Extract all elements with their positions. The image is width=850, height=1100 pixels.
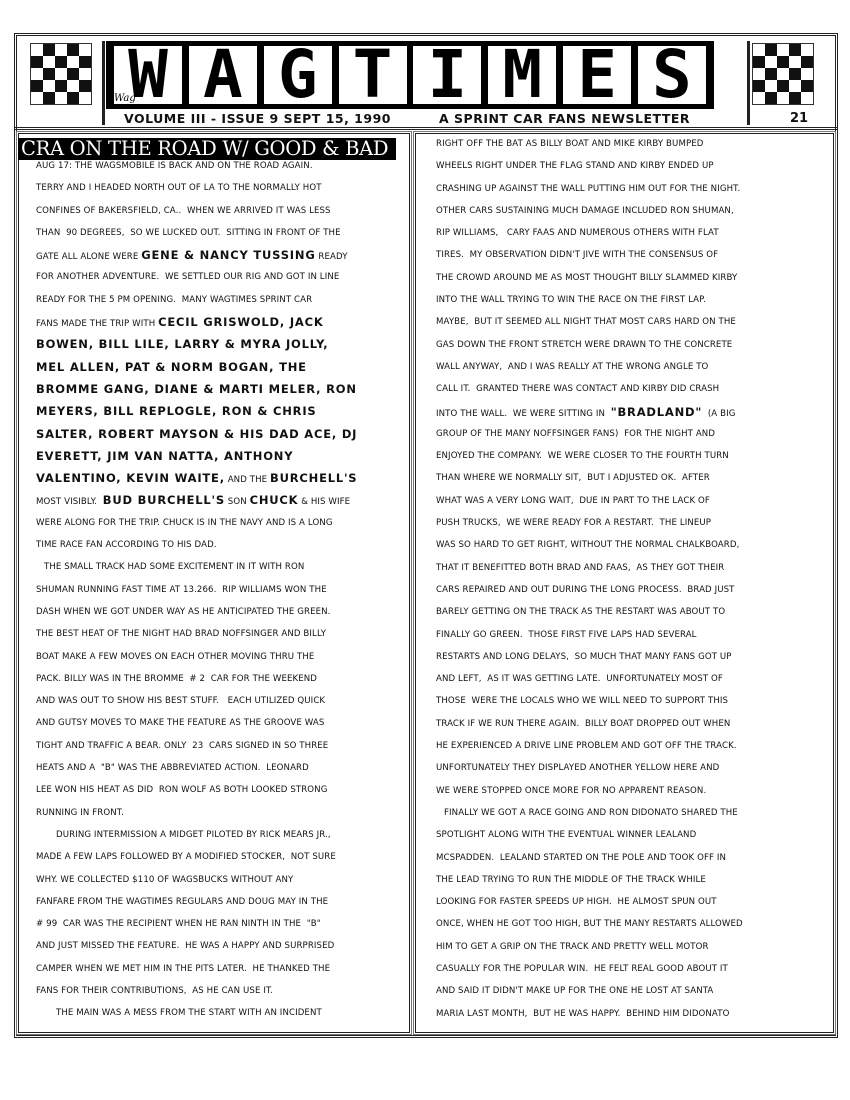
text-run: READY	[316, 252, 348, 262]
text-run: AUG 17: THE WAGSMOBILE IS BACK AND ON TH…	[36, 161, 313, 171]
text-run: MARIA LAST MONTH, BUT HE WAS HAPPY. BEHI…	[436, 1009, 729, 1019]
text-run: CAMPER WHEN WE MET HIM IN THE PITS LATER…	[36, 964, 330, 974]
bold-name: MEYERS, BILL REPLOGLE, RON & CHRIS	[36, 404, 317, 418]
text-line: INTO THE WALL. WE WERE SITTING IN "BRADL…	[436, 401, 743, 423]
signature: Wag	[114, 93, 136, 104]
text-run: READY FOR THE 5 PM OPENING. MANY WAGTIME…	[36, 295, 312, 305]
text-run: FANS MADE THE TRIP WITH	[36, 319, 158, 329]
text-run: INTO THE WALL. WE WERE SITTING IN	[436, 409, 611, 419]
bold-name: EVERETT, JIM VAN NATTA, ANTHONY	[36, 449, 293, 463]
text-line: TRACK IF WE RUN THERE AGAIN. BILLY BOAT …	[436, 713, 743, 735]
text-run: PUSH TRUCKS, WE WERE READY FOR A RESTART…	[436, 518, 711, 528]
text-run: GROUP OF THE MANY NOFFSINGER FANS) FOR T…	[436, 429, 715, 439]
text-run: RIGHT OFF THE BAT AS BILLY BOAT AND MIKE…	[436, 139, 704, 149]
text-run: CASUALLY FOR THE POPULAR WIN. HE FELT RE…	[436, 964, 728, 974]
checkered-flag-icon	[30, 43, 92, 105]
text-line: MARIA LAST MONTH, BUT HE WAS HAPPY. BEHI…	[436, 1003, 743, 1025]
text-line: ONCE, WHEN HE GOT TOO HIGH, BUT THE MANY…	[436, 913, 743, 935]
text-run: AND THE	[225, 475, 270, 485]
text-line: CASUALLY FOR THE POPULAR WIN. HE FELT RE…	[436, 958, 743, 980]
bold-name: BUD BURCHELL'S	[103, 493, 225, 507]
text-line: BOWEN, BILL LILE, LARRY & MYRA JOLLY,	[36, 333, 357, 355]
text-run: McSPADDEN. LEALAND STARTED ON THE POLE A…	[436, 853, 726, 863]
text-line: THE MAIN WAS A MESS FROM THE START WITH …	[36, 1002, 357, 1024]
title-letter: S	[638, 46, 706, 104]
text-run: DURING INTERMISSION A MIDGET PILOTED BY …	[56, 830, 331, 840]
text-line: BARELY GETTING ON THE TRACK AS THE RESTA…	[436, 601, 743, 623]
text-line: AND GUTSY MOVES TO MAKE THE FEATURE AS T…	[36, 712, 357, 734]
text-line: PACK. BILLY WAS IN THE BROMME # 2 CAR FO…	[36, 668, 357, 690]
text-line: PUSH TRUCKS, WE WERE READY FOR A RESTART…	[436, 512, 743, 534]
text-run: MAYBE, BUT IT SEEMED ALL NIGHT THAT MOST…	[436, 317, 736, 327]
text-line: TIME RACE FAN ACCORDING TO HIS DAD.	[36, 534, 357, 556]
text-line: RUNNING IN FRONT.	[36, 802, 357, 824]
text-run: TIME RACE FAN ACCORDING TO HIS DAD.	[36, 540, 217, 550]
checkered-flag-icon	[752, 43, 814, 105]
text-run: SPOTLIGHT ALONG WITH THE EVENTUAL WINNER…	[436, 830, 696, 840]
text-run: THAN 90 DEGREES, SO WE LUCKED OUT. SITTI…	[36, 228, 341, 238]
bold-name: GENE & NANCY TUSSING	[141, 248, 315, 262]
text-line: WHEELS RIGHT UNDER THE FLAG STAND AND KI…	[436, 155, 743, 177]
text-line: CALL IT. GRANTED THERE WAS CONTACT AND K…	[436, 378, 743, 400]
text-run: WALL ANYWAY, AND I WAS REALLY AT THE WRO…	[436, 362, 708, 372]
bold-name: BROMME GANG, DIANE & MARTI MELER, RON	[36, 382, 357, 396]
text-run: UNFORTUNATELY THEY DISPLAYED ANOTHER YEL…	[436, 763, 719, 773]
text-line: McSPADDEN. LEALAND STARTED ON THE POLE A…	[436, 847, 743, 869]
text-line: RIGHT OFF THE BAT AS BILLY BOAT AND MIKE…	[436, 133, 743, 155]
text-run: FINALLY GO GREEN. THOSE FIRST FIVE LAPS …	[436, 630, 697, 640]
text-line: VALENTINO, KEVIN WAITE, AND THE BURCHELL…	[36, 467, 357, 489]
text-line: WAS SO HARD TO GET RIGHT, WITHOUT THE NO…	[436, 534, 743, 556]
text-line: AND LEFT, AS IT WAS GETTING LATE. UNFORT…	[436, 668, 743, 690]
text-line: WHY. WE COLLECTED $110 OF WAGSBUCKS WITH…	[36, 869, 357, 891]
title-letter: E	[563, 46, 631, 104]
text-line: DASH WHEN WE GOT UNDER WAY AS HE ANTICIP…	[36, 601, 357, 623]
bold-name: MEL ALLEN, PAT & NORM BOGAN, THE	[36, 360, 307, 374]
text-run: TIGHT AND TRAFFIC A BEAR. ONLY 23 CARS S…	[36, 741, 328, 751]
text-line: WHAT WAS A VERY LONG WAIT, DUE IN PART T…	[436, 490, 743, 512]
text-line: CRASHING UP AGAINST THE WALL PUTTING HIM…	[436, 178, 743, 200]
flag-pole	[747, 41, 750, 125]
text-line: TIRES. MY OBSERVATION DIDN'T JIVE WITH T…	[436, 244, 743, 266]
text-run: THE LEAD TRYING TO RUN THE MIDDLE OF THE…	[436, 875, 706, 885]
text-run: HE EXPERIENCED A DRIVE LINE PROBLEM AND …	[436, 741, 737, 751]
text-line: AND SAID IT DIDN'T MAKE UP FOR THE ONE H…	[436, 980, 743, 1002]
text-line: FINALLY GO GREEN. THOSE FIRST FIVE LAPS …	[436, 624, 743, 646]
title-letter: I	[413, 46, 481, 104]
text-run: AND GUTSY MOVES TO MAKE THE FEATURE AS T…	[36, 718, 324, 728]
text-line: THAN 90 DEGREES, SO WE LUCKED OUT. SITTI…	[36, 222, 357, 244]
text-run: RUNNING IN FRONT.	[36, 808, 124, 818]
text-run: BARELY GETTING ON THE TRACK AS THE RESTA…	[436, 607, 725, 617]
text-line: FANS MADE THE TRIP WITH CECIL GRISWOLD, …	[36, 311, 357, 333]
text-run: ENJOYED THE COMPANY. WE WERE CLOSER TO T…	[436, 451, 729, 461]
text-run: RIP WILLIAMS, CARY FAAS AND NUMEROUS OTH…	[436, 228, 719, 238]
page-number: 21	[790, 111, 808, 126]
text-run: TERRY AND I HEADED NORTH OUT OF LA TO TH…	[36, 183, 322, 193]
text-run: MADE A FEW LAPS FOLLOWED BY A MODIFIED S…	[36, 852, 336, 862]
text-line: GAS DOWN THE FRONT STRETCH WERE DRAWN TO…	[436, 334, 743, 356]
text-run: SON	[225, 497, 250, 507]
text-run: MOST VISIBLY.	[36, 497, 103, 507]
text-run: CALL IT. GRANTED THERE WAS CONTACT AND K…	[436, 384, 719, 394]
text-line: THAT IT BENEFITTED BOTH BRAD AND FAAS, A…	[436, 557, 743, 579]
text-run: TIRES. MY OBSERVATION DIDN'T JIVE WITH T…	[436, 250, 718, 260]
text-line: WALL ANYWAY, AND I WAS REALLY AT THE WRO…	[436, 356, 743, 378]
text-run: AND JUST MISSED THE FEATURE. HE WAS A HA…	[36, 941, 334, 951]
text-line: FANS FOR THEIR CONTRIBUTIONS, AS HE CAN …	[36, 980, 357, 1002]
text-line: DURING INTERMISSION A MIDGET PILOTED BY …	[36, 824, 357, 846]
masthead: WAGTIMES Wag VOLUME III - ISSUE 9 SEPT 1…	[14, 33, 838, 128]
text-run: LEE WON HIS HEAT AS DID RON WOLF AS BOTH…	[36, 785, 327, 795]
text-line: RESTARTS AND LONG DELAYS, SO MUCH THAT M…	[436, 646, 743, 668]
text-line: GROUP OF THE MANY NOFFSINGER FANS) FOR T…	[436, 423, 743, 445]
text-line: BROMME GANG, DIANE & MARTI MELER, RON	[36, 378, 357, 400]
text-run: ONCE, WHEN HE GOT TOO HIGH, BUT THE MANY…	[436, 919, 743, 929]
title-letter: M	[488, 46, 556, 104]
text-run: THE CROWD AROUND ME AS MOST THOUGHT BILL…	[436, 273, 737, 283]
text-line: UNFORTUNATELY THEY DISPLAYED ANOTHER YEL…	[436, 757, 743, 779]
bold-name: CECIL GRISWOLD, JACK	[158, 315, 323, 329]
text-line: AND JUST MISSED THE FEATURE. HE WAS A HA…	[36, 935, 357, 957]
text-run: WAS SO HARD TO GET RIGHT, WITHOUT THE NO…	[436, 540, 739, 550]
text-run: (A BIG	[702, 409, 735, 419]
text-run: AND SAID IT DIDN'T MAKE UP FOR THE ONE H…	[436, 986, 713, 996]
title-letter: A	[189, 46, 257, 104]
tagline: A SPRINT CAR FANS NEWSLETTER	[439, 111, 690, 126]
bold-name: VALENTINO, KEVIN WAITE,	[36, 471, 225, 485]
text-run: THAN WHERE WE NORMALLY SIT, BUT I ADJUST…	[436, 473, 710, 483]
text-run: WHY. WE COLLECTED $110 OF WAGSBUCKS WITH…	[36, 875, 293, 885]
volume-issue-date: VOLUME III - ISSUE 9 SEPT 15, 1990	[124, 111, 391, 126]
title-letter: G	[264, 46, 332, 104]
text-line: INTO THE WALL TRYING TO WIN THE RACE ON …	[436, 289, 743, 311]
text-run: FANFARE FROM THE WAGTIMES REGULARS AND D…	[36, 897, 328, 907]
text-run: CRASHING UP AGAINST THE WALL PUTTING HIM…	[436, 184, 740, 194]
title-letter: T	[339, 46, 407, 104]
text-run: CONFINES OF BAKERSFIELD, CA.. WHEN WE AR…	[36, 206, 331, 216]
text-line: MADE A FEW LAPS FOLLOWED BY A MODIFIED S…	[36, 846, 357, 868]
text-run: SHUMAN RUNNING FAST TIME AT 13.266. RIP …	[36, 585, 327, 595]
text-run: WHAT WAS A VERY LONG WAIT, DUE IN PART T…	[436, 496, 710, 506]
text-run: BOAT MAKE A FEW MOVES ON EACH OTHER MOVI…	[36, 652, 314, 662]
text-line: LOOKING FOR FASTER SPEEDS UP HIGH. HE AL…	[436, 891, 743, 913]
text-line: MAYBE, BUT IT SEEMED ALL NIGHT THAT MOST…	[436, 311, 743, 333]
text-line: LEE WON HIS HEAT AS DID RON WOLF AS BOTH…	[36, 779, 357, 801]
text-line: MOST VISIBLY. BUD BURCHELL'S SON CHUCK &…	[36, 489, 357, 511]
bold-name: BOWEN, BILL LILE, LARRY & MYRA JOLLY,	[36, 337, 328, 351]
article-body-left: AUG 17: THE WAGSMOBILE IS BACK AND ON TH…	[36, 155, 357, 1025]
text-line: MEYERS, BILL REPLOGLE, RON & CHRIS	[36, 400, 357, 422]
text-run: PACK. BILLY WAS IN THE BROMME # 2 CAR FO…	[36, 674, 317, 684]
bold-name: CHUCK	[250, 493, 299, 507]
text-line: FANFARE FROM THE WAGTIMES REGULARS AND D…	[36, 891, 357, 913]
text-run: AND LEFT, AS IT WAS GETTING LATE. UNFORT…	[436, 674, 723, 684]
text-line: # 99 CAR WAS THE RECIPIENT WHEN HE RAN N…	[36, 913, 357, 935]
text-run: GATE ALL ALONE WERE	[36, 252, 141, 262]
text-line: TIGHT AND TRAFFIC A BEAR. ONLY 23 CARS S…	[36, 735, 357, 757]
text-line: AND WAS OUT TO SHOW HIS BEST STUFF. EACH…	[36, 690, 357, 712]
text-run: TRACK IF WE RUN THERE AGAIN. BILLY BOAT …	[436, 719, 730, 729]
text-run: FINALLY WE GOT A RACE GOING AND RON DIDO…	[444, 808, 738, 818]
text-run: GAS DOWN THE FRONT STRETCH WERE DRAWN TO…	[436, 340, 732, 350]
text-run: # 99 CAR WAS THE RECIPIENT WHEN HE RAN N…	[36, 919, 321, 929]
text-line: SALTER, ROBERT MAYSON & HIS DAD ACE, DJ	[36, 423, 357, 445]
text-line: THOSE WERE THE LOCALS WHO WE WILL NEED T…	[436, 690, 743, 712]
text-run: THOSE WERE THE LOCALS WHO WE WILL NEED T…	[436, 696, 728, 706]
text-run: HIM TO GET A GRIP ON THE TRACK AND PRETT…	[436, 942, 709, 952]
text-run: FOR ANOTHER ADVENTURE. WE SETTLED OUR RI…	[36, 272, 339, 282]
text-run: THE BEST HEAT OF THE NIGHT HAD BRAD NOFF…	[36, 629, 326, 639]
text-line: CARS REPAIRED AND OUT DURING THE LONG PR…	[436, 579, 743, 601]
text-line: THE SMALL TRACK HAD SOME EXCITEMENT IN I…	[36, 556, 357, 578]
text-line: BOAT MAKE A FEW MOVES ON EACH OTHER MOVI…	[36, 646, 357, 668]
text-line: THE CROWD AROUND ME AS MOST THOUGHT BILL…	[436, 267, 743, 289]
text-line: SPOTLIGHT ALONG WITH THE EVENTUAL WINNER…	[436, 824, 743, 846]
text-line: FINALLY WE GOT A RACE GOING AND RON DIDO…	[436, 802, 743, 824]
text-line: FOR ANOTHER ADVENTURE. WE SETTLED OUR RI…	[36, 266, 357, 288]
text-run: RESTARTS AND LONG DELAYS, SO MUCH THAT M…	[436, 652, 732, 662]
text-run: THE MAIN WAS A MESS FROM THE START WITH …	[56, 1008, 322, 1018]
text-line: GATE ALL ALONE WERE GENE & NANCY TUSSING…	[36, 244, 357, 266]
text-line: OTHER CARS SUSTAINING MUCH DAMAGE INCLUD…	[436, 200, 743, 222]
text-line: READY FOR THE 5 PM OPENING. MANY WAGTIME…	[36, 289, 357, 311]
text-run: CARS REPAIRED AND OUT DURING THE LONG PR…	[436, 585, 735, 595]
newsletter-title: WAGTIMES	[106, 41, 714, 109]
text-line: HIM TO GET A GRIP ON THE TRACK AND PRETT…	[436, 936, 743, 958]
text-line: SHUMAN RUNNING FAST TIME AT 13.266. RIP …	[36, 579, 357, 601]
text-run: WHEELS RIGHT UNDER THE FLAG STAND AND KI…	[436, 161, 714, 171]
text-run: OTHER CARS SUSTAINING MUCH DAMAGE INCLUD…	[436, 206, 734, 216]
text-line: CAMPER WHEN WE MET HIM IN THE PITS LATER…	[36, 958, 357, 980]
text-line: HE EXPERIENCED A DRIVE LINE PROBLEM AND …	[436, 735, 743, 757]
flag-pole	[102, 41, 105, 125]
text-run: THAT IT BENEFITTED BOTH BRAD AND FAAS, A…	[436, 563, 724, 573]
text-run: WERE ALONG FOR THE TRIP. CHUCK IS IN THE…	[36, 518, 333, 528]
text-run: FANS FOR THEIR CONTRIBUTIONS, AS HE CAN …	[36, 986, 273, 996]
article-body-right: RIGHT OFF THE BAT AS BILLY BOAT AND MIKE…	[436, 133, 743, 1025]
text-run: DASH WHEN WE GOT UNDER WAY AS HE ANTICIP…	[36, 607, 331, 617]
text-line: ENJOYED THE COMPANY. WE WERE CLOSER TO T…	[436, 445, 743, 467]
text-line: RIP WILLIAMS, CARY FAAS AND NUMEROUS OTH…	[436, 222, 743, 244]
text-line: AUG 17: THE WAGSMOBILE IS BACK AND ON TH…	[36, 155, 357, 177]
text-run: LOOKING FOR FASTER SPEEDS UP HIGH. HE AL…	[436, 897, 717, 907]
text-run: INTO THE WALL TRYING TO WIN THE RACE ON …	[436, 295, 706, 305]
text-run: HEATS AND A "B" WAS THE ABBREVIATED ACTI…	[36, 763, 309, 773]
bold-name: SALTER, ROBERT MAYSON & HIS DAD ACE, DJ	[36, 427, 357, 441]
text-run: & HIS WIFE	[298, 497, 350, 507]
text-line: HEATS AND A "B" WAS THE ABBREVIATED ACTI…	[36, 757, 357, 779]
text-line: EVERETT, JIM VAN NATTA, ANTHONY	[36, 445, 357, 467]
text-line: MEL ALLEN, PAT & NORM BOGAN, THE	[36, 356, 357, 378]
text-run: THE SMALL TRACK HAD SOME EXCITEMENT IN I…	[44, 562, 304, 572]
text-line: THE LEAD TRYING TO RUN THE MIDDLE OF THE…	[436, 869, 743, 891]
text-line: CONFINES OF BAKERSFIELD, CA.. WHEN WE AR…	[36, 200, 357, 222]
text-line: THE BEST HEAT OF THE NIGHT HAD BRAD NOFF…	[36, 623, 357, 645]
text-run: AND WAS OUT TO SHOW HIS BEST STUFF. EACH…	[36, 696, 325, 706]
masthead-divider	[14, 127, 838, 130]
bold-name: BURCHELL'S	[270, 471, 357, 485]
text-line: TERRY AND I HEADED NORTH OUT OF LA TO TH…	[36, 177, 357, 199]
text-line: WE WERE STOPPED ONCE MORE FOR NO APPAREN…	[436, 780, 743, 802]
bold-name: "BRADLAND"	[611, 405, 702, 419]
text-line: THAN WHERE WE NORMALLY SIT, BUT I ADJUST…	[436, 467, 743, 489]
text-run: WE WERE STOPPED ONCE MORE FOR NO APPAREN…	[436, 786, 706, 796]
text-line: WERE ALONG FOR THE TRIP. CHUCK IS IN THE…	[36, 512, 357, 534]
